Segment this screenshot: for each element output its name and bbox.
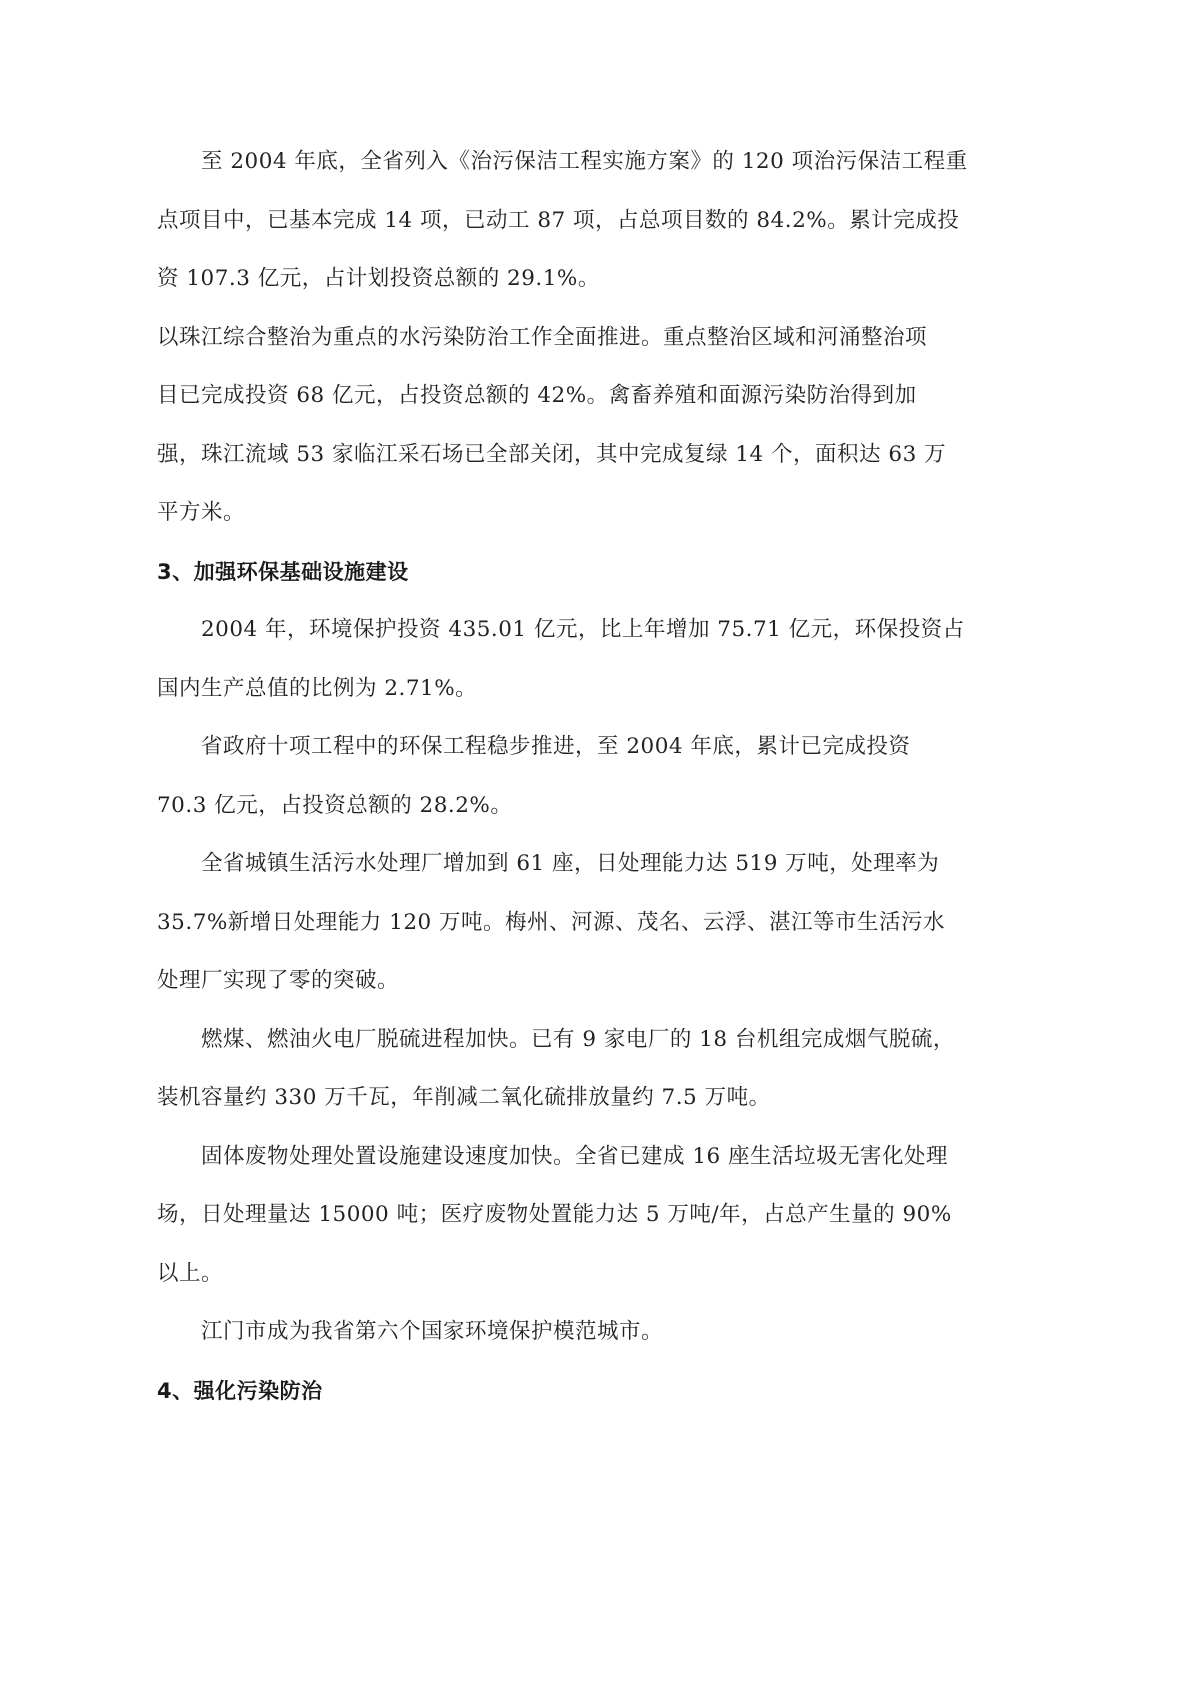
document-page: 至 2004 年底，全省列入《治污保洁工程实施方案》的 120 项治污保洁工程重… xyxy=(157,133,1027,1420)
paragraph-line: 至 2004 年底，全省列入《治污保洁工程实施方案》的 120 项治污保洁工程重 xyxy=(157,133,1027,192)
paragraph-line: 点项目中，已基本完成 14 项，已动工 87 项，占总项目数的 84.2%。累计… xyxy=(157,192,1027,251)
section-heading-4: 4、强化污染防治 xyxy=(157,1362,1027,1421)
paragraph-line: 35.7%新增日处理能力 120 万吨。梅州、河源、茂名、云浮、湛江等市生活污水 xyxy=(157,894,1027,953)
paragraph-line: 强，珠江流域 53 家临江采石场已全部关闭，其中完成复绿 14 个，面积达 63… xyxy=(157,426,1027,485)
paragraph-line: 处理厂实现了零的突破。 xyxy=(157,952,1027,1011)
paragraph-line: 装机容量约 330 万千瓦，年削减二氧化硫排放量约 7.5 万吨。 xyxy=(157,1069,1027,1128)
section-heading-3: 3、加强环保基础设施建设 xyxy=(157,543,1027,602)
paragraph-line: 江门市成为我省第六个国家环境保护模范城市。 xyxy=(157,1303,1027,1362)
paragraph-line: 70.3 亿元，占投资总额的 28.2%。 xyxy=(157,777,1027,836)
paragraph-line: 平方米。 xyxy=(157,484,1027,543)
paragraph-line: 2004 年，环境保护投资 435.01 亿元，比上年增加 75.71 亿元，环… xyxy=(157,601,1027,660)
paragraph-line: 固体废物处理处置设施建设速度加快。全省已建成 16 座生活垃圾无害化处理 xyxy=(157,1128,1027,1187)
paragraph-line: 资 107.3 亿元，占计划投资总额的 29.1%。 xyxy=(157,250,1027,309)
paragraph-line: 场，日处理量达 15000 吨；医疗废物处置能力达 5 万吨/年，占总产生量的 … xyxy=(157,1186,1027,1245)
paragraph-line: 省政府十项工程中的环保工程稳步推进，至 2004 年底，累计已完成投资 xyxy=(157,718,1027,777)
paragraph-line: 以珠江综合整治为重点的水污染防治工作全面推进。重点整治区域和河涌整治项 xyxy=(157,309,1027,368)
paragraph-line: 目已完成投资 68 亿元，占投资总额的 42%。禽畜养殖和面源污染防治得到加 xyxy=(157,367,1027,426)
paragraph-line: 燃煤、燃油火电厂脱硫进程加快。已有 9 家电厂的 18 台机组完成烟气脱硫， xyxy=(157,1011,1027,1070)
paragraph-line: 以上。 xyxy=(157,1245,1027,1304)
paragraph-line: 国内生产总值的比例为 2.71%。 xyxy=(157,660,1027,719)
paragraph-line: 全省城镇生活污水处理厂增加到 61 座，日处理能力达 519 万吨，处理率为 xyxy=(157,835,1027,894)
